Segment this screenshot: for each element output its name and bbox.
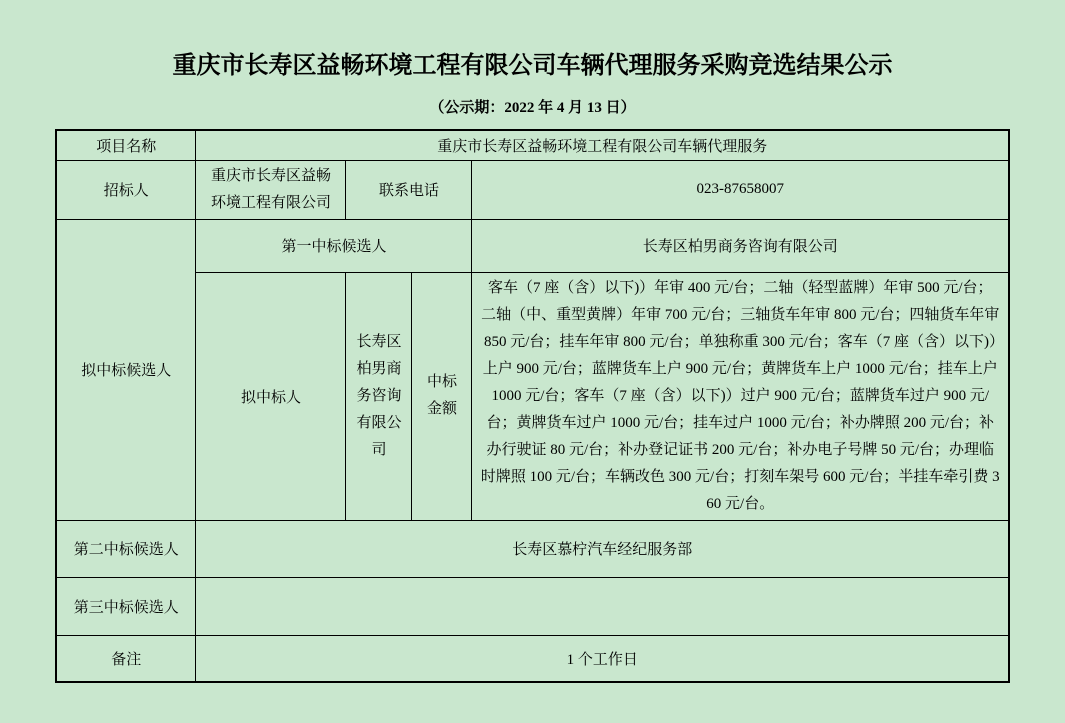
proposed-candidates-label: 拟中标候选人 bbox=[56, 219, 196, 520]
tenderer-row: 招标人 重庆市长寿区益畅环境工程有限公司 联系电话 023-87658007 bbox=[56, 160, 1009, 219]
phone-value: 023-87658007 bbox=[472, 160, 1009, 219]
phone-label: 联系电话 bbox=[346, 160, 472, 219]
proposed-winner-label: 拟中标人 bbox=[196, 272, 346, 520]
proposed-winner-name: 长寿区柏男商务咨询有限公司 bbox=[346, 272, 412, 520]
page-title: 重庆市长寿区益畅环境工程有限公司车辆代理服务采购竞选结果公示 bbox=[0, 0, 1065, 82]
result-table: 项目名称 重庆市长寿区益畅环境工程有限公司车辆代理服务 招标人 重庆市长寿区益畅… bbox=[55, 129, 1010, 683]
tenderer-name: 重庆市长寿区益畅环境工程有限公司 bbox=[196, 160, 346, 219]
page-subtitle: （公示期：2022 年 4 月 13 日） bbox=[0, 96, 1065, 117]
project-name-label: 项目名称 bbox=[56, 130, 196, 160]
project-name-value: 重庆市长寿区益畅环境工程有限公司车辆代理服务 bbox=[196, 130, 1009, 160]
remarks-row: 备注 1 个工作日 bbox=[56, 635, 1009, 682]
second-candidate-row: 第二中标候选人 长寿区慕柠汽车经纪服务部 bbox=[56, 520, 1009, 577]
proposed-winner-row: 拟中标人 长寿区柏男商务咨询有限公司 中标金额 客车（7 座（含）以下)）年审 … bbox=[56, 272, 1009, 520]
remarks-value: 1 个工作日 bbox=[196, 635, 1009, 682]
second-candidate-value: 长寿区慕柠汽车经纪服务部 bbox=[196, 520, 1009, 577]
first-candidate-label: 第一中标候选人 bbox=[196, 219, 472, 272]
first-candidate-row: 拟中标候选人 第一中标候选人 长寿区柏男商务咨询有限公司 bbox=[56, 219, 1009, 272]
third-candidate-row: 第三中标候选人 bbox=[56, 577, 1009, 635]
first-candidate-value: 长寿区柏男商务咨询有限公司 bbox=[472, 219, 1009, 272]
document-page: 重庆市长寿区益畅环境工程有限公司车辆代理服务采购竞选结果公示 （公示期：2022… bbox=[0, 0, 1065, 723]
second-candidate-label: 第二中标候选人 bbox=[56, 520, 196, 577]
project-name-row: 项目名称 重庆市长寿区益畅环境工程有限公司车辆代理服务 bbox=[56, 130, 1009, 160]
award-amount-label: 中标金额 bbox=[412, 272, 472, 520]
award-amount-value: 客车（7 座（含）以下)）年审 400 元/台；二轴（轻型蓝牌）年审 500 元… bbox=[472, 272, 1009, 520]
third-candidate-label: 第三中标候选人 bbox=[56, 577, 196, 635]
remarks-label: 备注 bbox=[56, 635, 196, 682]
third-candidate-value bbox=[196, 577, 1009, 635]
tenderer-label: 招标人 bbox=[56, 160, 196, 219]
